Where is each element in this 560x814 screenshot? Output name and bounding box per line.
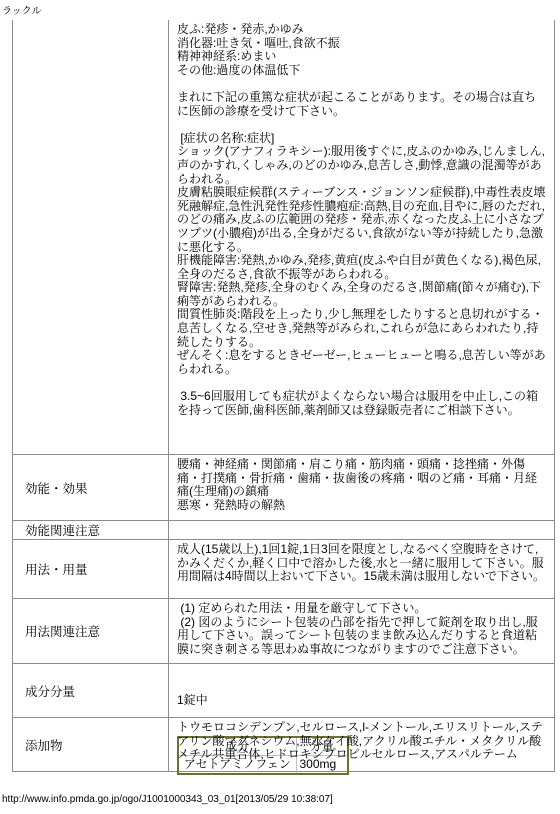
table-row-efficacy: 効能・効果 腰痛・神経痛・関節痛・肩こり痛・筋肉痛・頭痛・捻挫痛・外傷痛・打撲痛… xyxy=(13,454,554,520)
table-row-additives: 添加物 トウモロコシデンプン,セルロース,l-メントール,エリスリトール,ステア… xyxy=(13,717,554,771)
ingredients-cell: 1錠中 成分 分量 アセトアミノフェン 300mg xyxy=(169,664,554,717)
ingredients-caption: 1錠中 xyxy=(177,694,548,708)
table-row-efficacy-note: 効能関連注意 xyxy=(13,520,554,539)
table-row-dosage-note: 用法関連注意 (1) 定められた用法・用量を厳守して下さい。 (2) 図のように… xyxy=(13,598,554,663)
row-label-dosage-note: 用法関連注意 xyxy=(13,599,169,663)
additives-text: トウモロコシデンプン,セルロース,l-メントール,エリスリトール,ステアリン酸マ… xyxy=(169,718,554,771)
table-row-ingredients: 成分分量 1錠中 成分 分量 アセトアミノフェン 300mg xyxy=(13,663,554,717)
row-label-additives: 添加物 xyxy=(13,718,169,771)
dosage-text: 成人(15歳以上),1回1錠,1日3回を限度とし,なるべく空腹時をさけて,かみく… xyxy=(169,540,554,598)
drug-info-table: 皮ふ:発疹・発赤,かゆみ 消化器:吐き気・嘔吐,食欲不振 精神神経系:めまい そ… xyxy=(12,20,555,772)
footer-url: http://www.info.pmda.go.jp/ogo/J10010003… xyxy=(2,794,333,805)
page-title: ラックル xyxy=(2,2,42,17)
dosage-note-text: (1) 定められた用法・用量を厳守して下さい。 (2) 図のようにシート包装の凸… xyxy=(169,599,554,663)
document-page: ラックル 皮ふ:発疹・発赤,かゆみ 消化器:吐き気・嘔吐,食欲不振 精神神経系:… xyxy=(0,0,560,814)
row-label-ingredients: 成分分量 xyxy=(13,664,169,717)
table-row-adverse-symptoms: 皮ふ:発疹・発赤,かゆみ 消化器:吐き気・嘔吐,食欲不振 精神神経系:めまい そ… xyxy=(13,20,554,454)
adverse-symptoms-text: 皮ふ:発疹・発赤,かゆみ 消化器:吐き気・嘔吐,食欲不振 精神神経系:めまい そ… xyxy=(169,20,554,454)
table-row-dosage: 用法・用量 成人(15歳以上),1回1錠,1日3回を限度とし,なるべく空腹時をさ… xyxy=(13,539,554,598)
row-label-empty xyxy=(13,20,169,454)
row-label-dosage: 用法・用量 xyxy=(13,540,169,598)
row-label-efficacy-note: 効能関連注意 xyxy=(13,521,169,539)
efficacy-note-text xyxy=(169,521,554,539)
row-label-efficacy: 効能・効果 xyxy=(13,455,169,520)
efficacy-text: 腰痛・神経痛・関節痛・肩こり痛・筋肉痛・頭痛・捻挫痛・外傷痛・打撲痛・骨折痛・歯… xyxy=(169,455,554,520)
